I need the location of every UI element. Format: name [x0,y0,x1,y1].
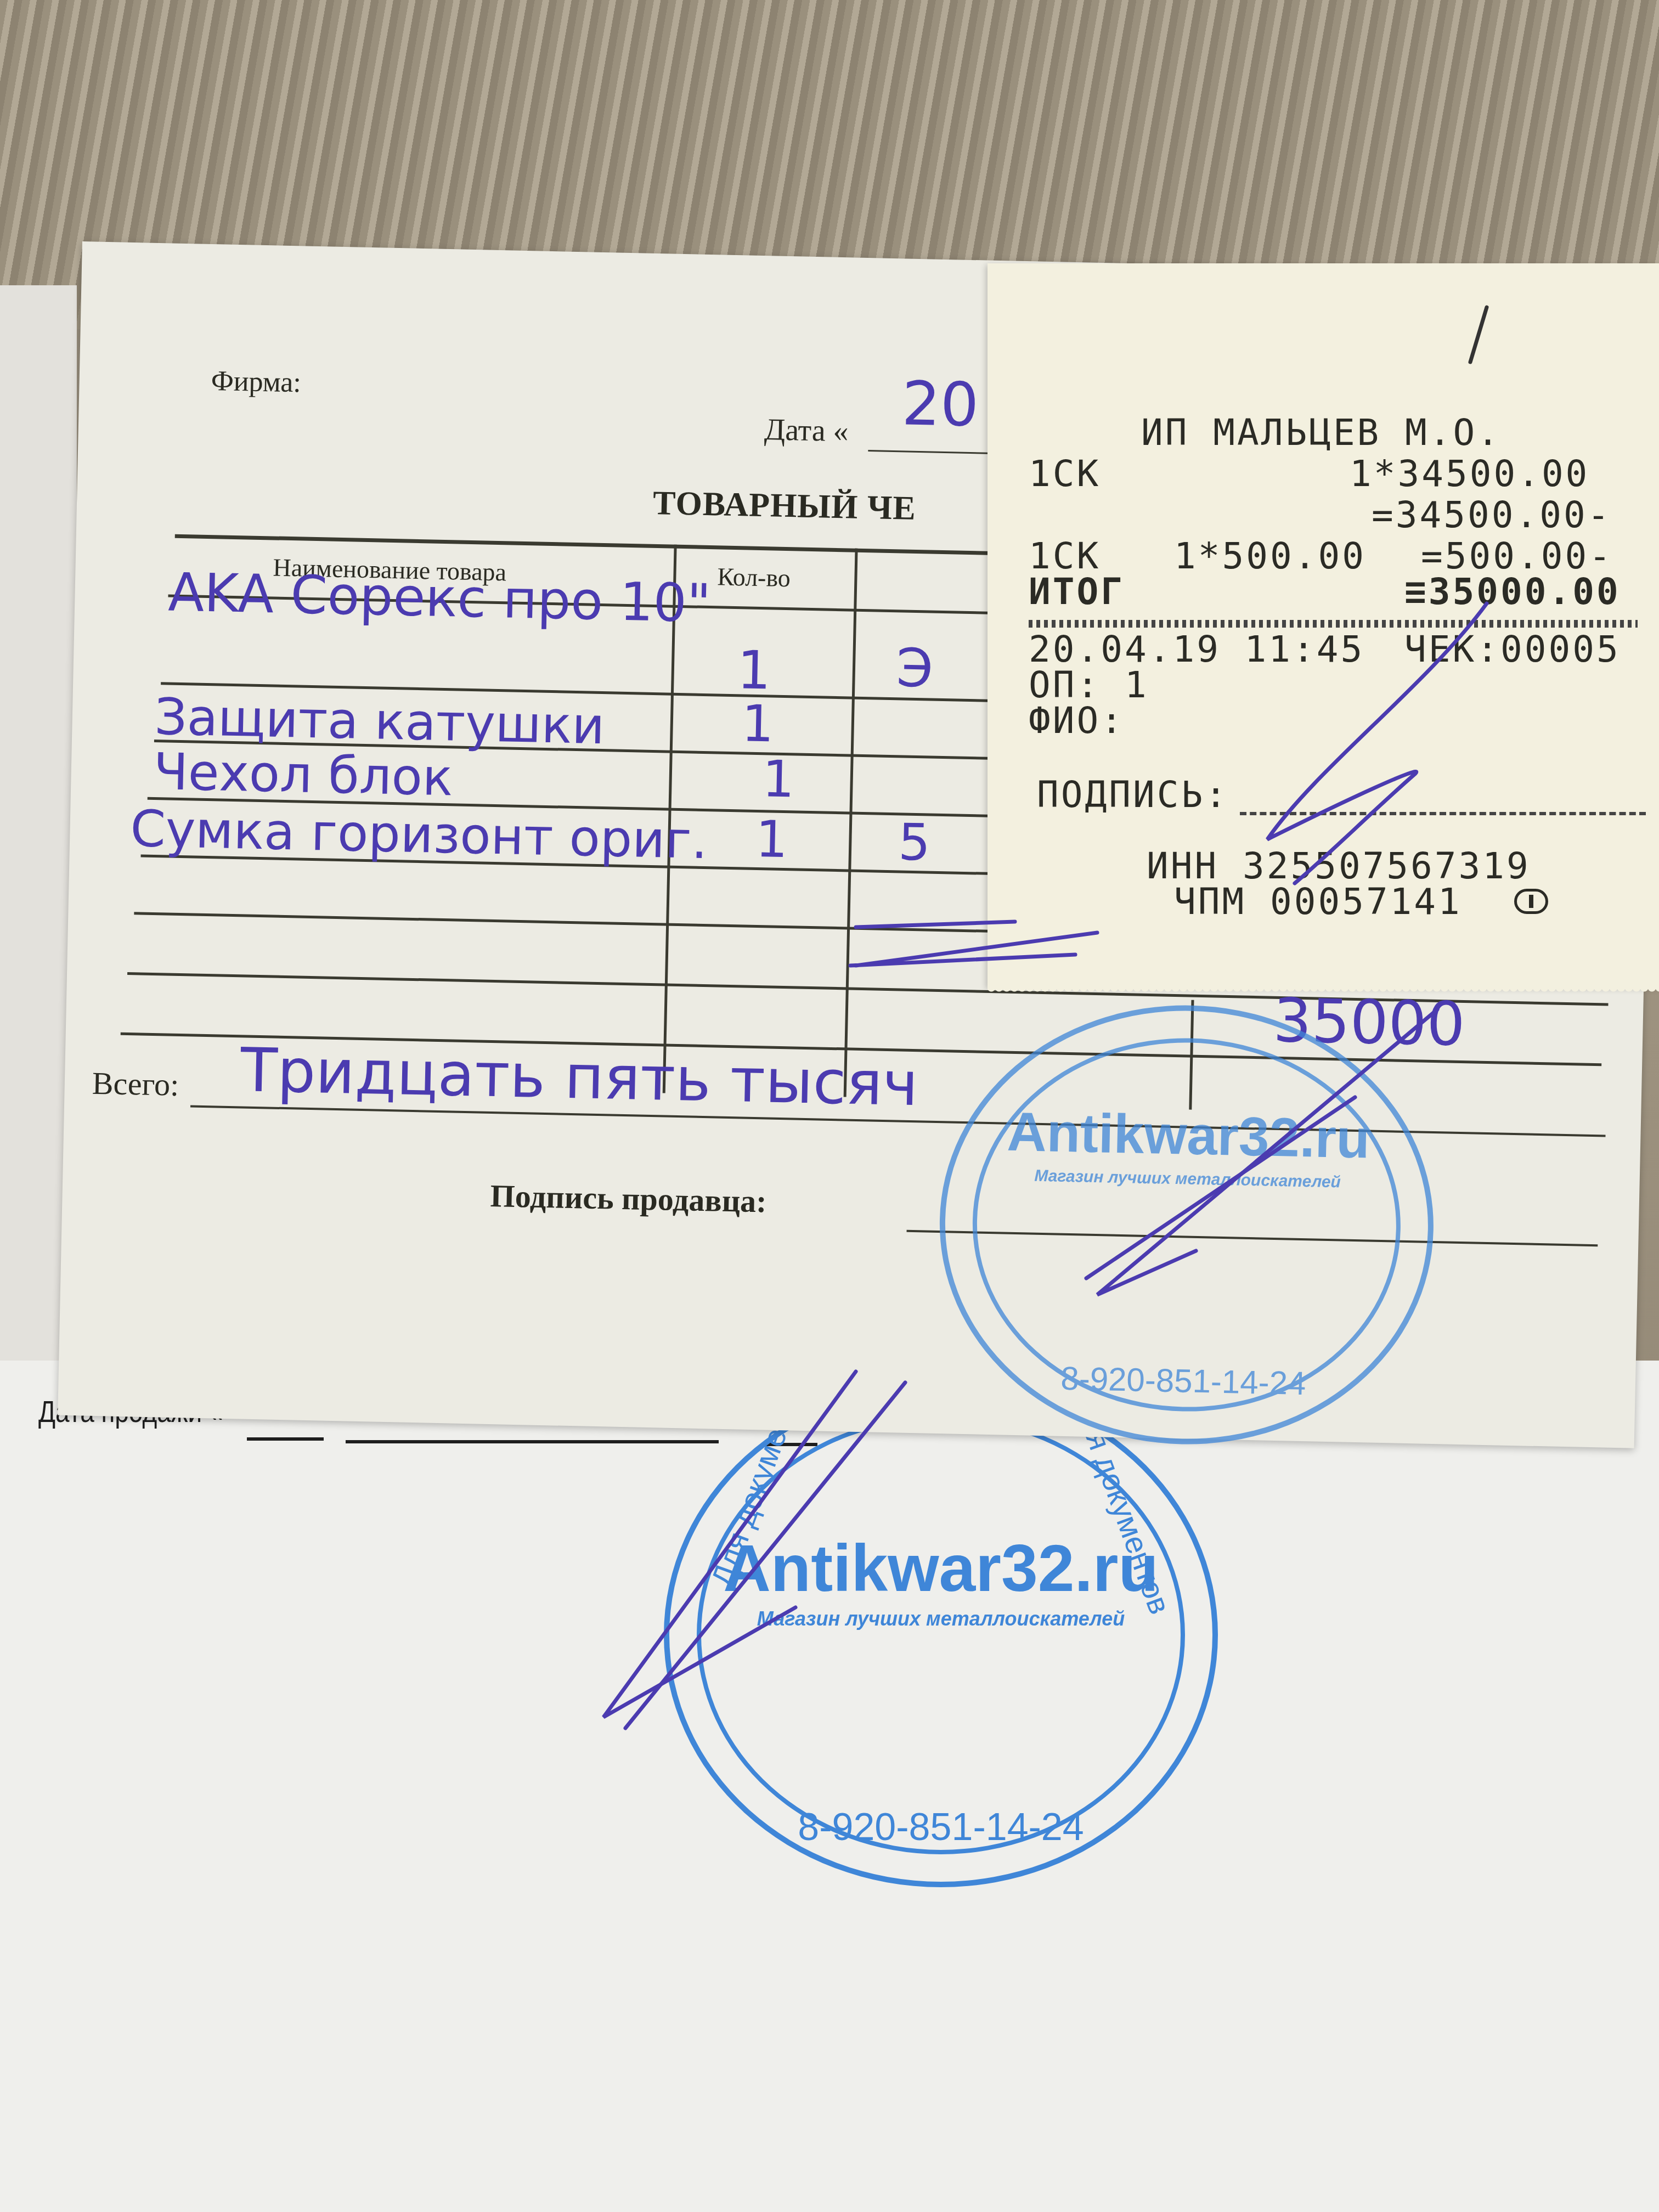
receipt-separator [1029,620,1638,628]
item-qty: 1 [737,639,771,701]
stamp-phone: 8-920-851-14-24 [669,1805,1212,1849]
receipt-line-qty-price: 1*500.00 [1174,535,1366,577]
sale-day-line [247,1437,324,1441]
table-col-divider [844,549,858,1097]
receipt-line-qty-price: 1*34500.00 [1350,453,1589,495]
receipt-total-value: ≡35000.00 [1404,571,1621,613]
cash-register-receipt: ИП МАЛЬЦЕВ М.О. 1СК 1*34500.00 =34500.00… [988,263,1659,988]
date-label: Дата « [764,412,849,449]
table-row-line [134,912,1077,934]
receipt-seller: ИП МАЛЬЦЕВ М.О. [1141,411,1501,454]
company-stamp: Antikwar32.ru Магазин лучших металлоиска… [664,1383,1218,1887]
warranty-sheet: Дата продажи « 20 г. 20 04 19 Antikwar32… [0,1361,1659,2212]
invoice-title: ТОВАРНЫЙ ЧЕ [652,484,916,528]
total-handwritten: Тридцать пять тысяч [240,1035,919,1119]
total-label: Всего: [92,1065,179,1103]
receipt-line-code: 1СК [1029,453,1101,495]
receipt-fpm: ЧПМ 00057141 [1174,881,1462,923]
receipt-signature-line [1240,812,1646,815]
seller-signature-label: Подпись продавца: [490,1177,767,1220]
stamp-phone: 8-920-851-14-24 [941,1357,1425,1404]
item-name: Сумка горизонт ориг. [129,799,708,870]
sale-month-line [346,1440,719,1443]
company-stamp: Antikwar32.ru Магазин лучших металлоиска… [935,1000,1438,1449]
item-name: Чехол блок [153,742,454,807]
firm-label: Фирма: [211,365,301,399]
receipt-total-label: ИТОГ [1029,571,1125,613]
receipt-signature-label: ПОДПИСЬ: [1037,774,1229,816]
column-header-quantity: Кол-во [717,562,791,592]
stamp-brand: Antikwar32.ru [946,1099,1430,1172]
receipt-line-amount: =34500.00- [1372,494,1611,536]
item-qty: 1 [762,749,795,809]
receipt-check-number: ЧЕК:00005 [1404,628,1621,670]
item-qty: 1 [741,694,775,753]
receipt-fio-label: ФИО: [1029,699,1125,742]
item-price-partial: 5 [898,812,931,872]
item-qty: 1 [755,810,788,869]
item-name: AKA Сорекс про 10" [167,561,712,634]
item-price-partial: Э [896,637,934,699]
stamp-tagline: Магазин лучших металлоискателей [669,1607,1212,1630]
date-handwritten: 20 [901,368,980,440]
fiscal-mode-icon [1514,889,1548,914]
